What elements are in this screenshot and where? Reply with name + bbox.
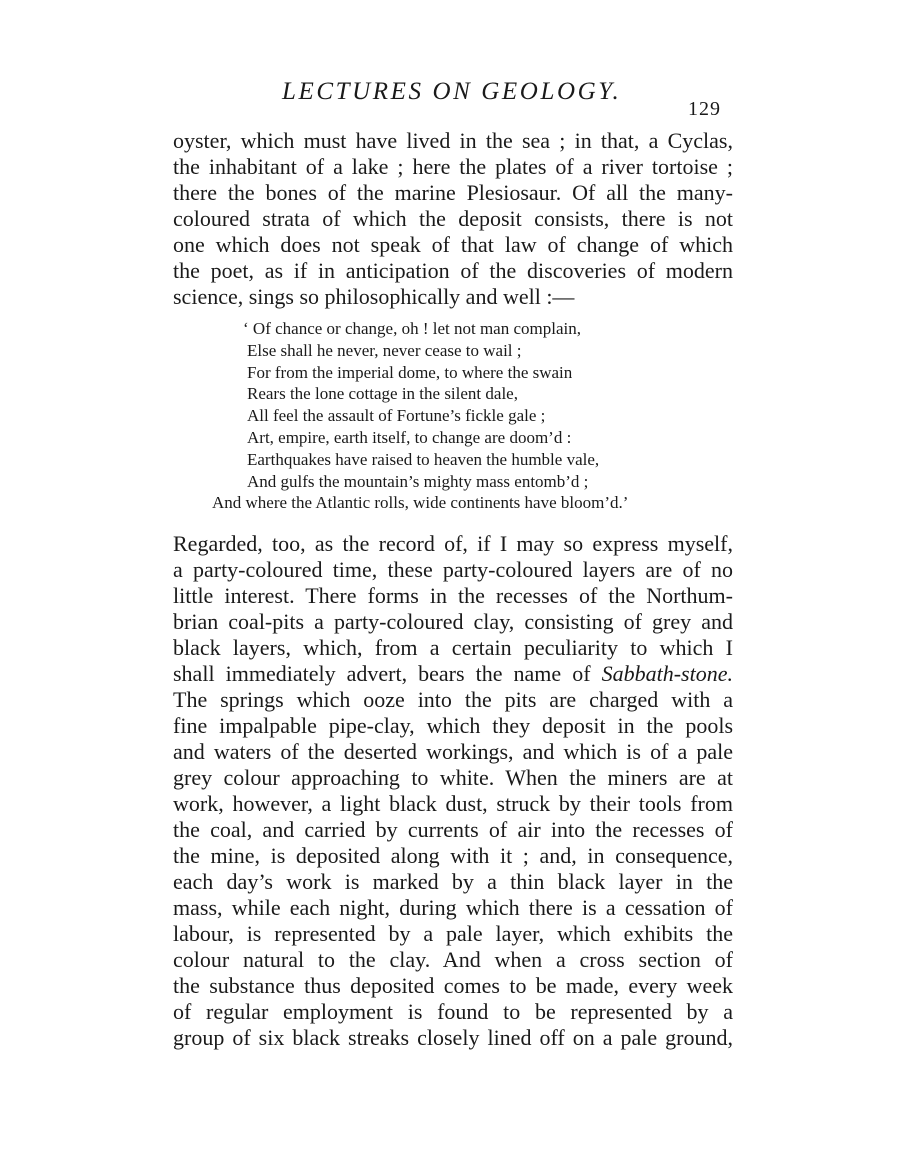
text-line: grey colour approaching to white. When t…	[173, 765, 733, 791]
text-line: the coal, and carried by currents of air…	[173, 817, 733, 843]
text-line: colour natural to the clay. And when a c…	[173, 947, 733, 973]
text-line-with-italic: shall immediately advert, bears the name…	[173, 661, 733, 687]
verse-line: For from the imperial dome, to where the…	[212, 362, 712, 384]
text-line: group of six black streaks closely lined…	[173, 1025, 733, 1051]
text-line: the poet, as if in anticipation of the d…	[173, 258, 733, 284]
text-line: brian coal-pits a party-coloured clay, c…	[173, 609, 733, 635]
text-line: fine impalpable pipe-clay, which they de…	[173, 713, 733, 739]
text-line: of regular employment is found to be rep…	[173, 999, 733, 1025]
text-line: The springs which ooze into the pits are…	[173, 687, 733, 713]
text-line: oyster, which must have lived in the sea…	[173, 128, 733, 154]
italic-term: Sabbath-stone.	[602, 661, 733, 686]
verse-line: Else shall he never, never cease to wail…	[212, 340, 712, 362]
verse-line: And gulfs the mountain’s mighty mass ent…	[212, 471, 712, 493]
book-page: LECTURES ON GEOLOGY. 129 oyster, which m…	[0, 0, 900, 1150]
text-line: a party-coloured time, these party-colou…	[173, 557, 733, 583]
text-line: little interest. There forms in the rece…	[173, 583, 733, 609]
text-line: science, sings so philosophically and we…	[173, 284, 733, 310]
running-title: LECTURES ON GEOLOGY.	[282, 78, 621, 106]
verse-line: And where the Atlantic rolls, wide conti…	[212, 492, 712, 514]
text-line: mass, while each night, during which the…	[173, 895, 733, 921]
text-line: coloured strata of which the deposit con…	[173, 206, 733, 232]
text-line: the substance thus deposited comes to be…	[173, 973, 733, 999]
verse-line: ‘ Of chance or change, oh ! let not man …	[212, 318, 712, 340]
text-span: shall immediately advert, bears the name…	[173, 661, 602, 686]
page-number: 129	[688, 98, 721, 121]
text-line: and waters of the deserted workings, and…	[173, 739, 733, 765]
verse-line: All feel the assault of Fortune’s fickle…	[212, 405, 712, 427]
verse-line: Earthquakes have raised to heaven the hu…	[212, 449, 712, 471]
text-line: the mine, is deposited along with it ; a…	[173, 843, 733, 869]
paragraph-1: oyster, which must have lived in the sea…	[173, 128, 733, 310]
text-line: the inhabitant of a lake ; here the plat…	[173, 154, 733, 180]
text-line: each day’s work is marked by a thin blac…	[173, 869, 733, 895]
text-line: one which does not speak of that law of …	[173, 232, 733, 258]
paragraph-2: Regarded, too, as the record of, if I ma…	[173, 531, 733, 1051]
text-line: Regarded, too, as the record of, if I ma…	[173, 531, 733, 557]
verse-line: Rears the lone cottage in the silent dal…	[212, 383, 712, 405]
text-line: there the bones of the marine Plesiosaur…	[173, 180, 733, 206]
text-line: work, however, a light black dust, struc…	[173, 791, 733, 817]
text-line: labour, is represented by a pale layer, …	[173, 921, 733, 947]
verse-quotation: ‘ Of chance or change, oh ! let not man …	[212, 318, 712, 514]
verse-line: Art, empire, earth itself, to change are…	[212, 427, 712, 449]
text-line: black layers, which, from a certain pecu…	[173, 635, 733, 661]
